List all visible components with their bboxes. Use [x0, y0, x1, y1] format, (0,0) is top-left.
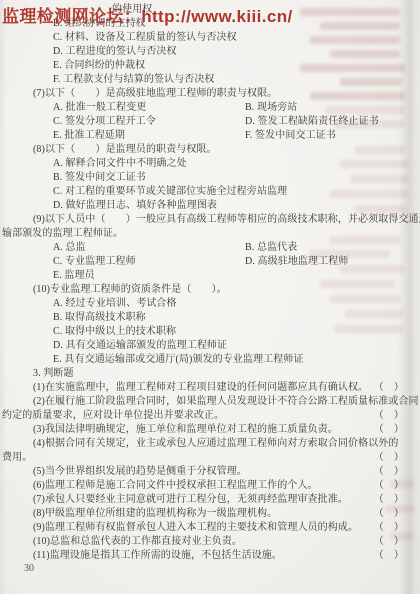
option-line: B. 取得高级技术职称 [0, 311, 420, 325]
question-stem: (9)以下人员中（ ）一般应具有高级工程师等相应的高级技术职称，并必须取得交通运 [0, 213, 420, 227]
watermark-forum-url: 监理检测网论坛：http://www.kiii.cn/ [2, 2, 293, 27]
answer-blank: （ ） [374, 465, 404, 479]
scanned-exam-page: 监理检测网论坛：http://www.kiii.cn/ 的使用权 B. 组织协调… [0, 0, 420, 594]
judgment-item: (1)在实施监理中，监理工程师对工程项目建设的任何问题都应具有确认权。（ ） [0, 381, 420, 395]
question-stem: (10)专业监理工程师的资质条件是（ ）。 [0, 283, 420, 297]
option-line: E. 监理员 [0, 269, 420, 283]
judgment-item-continuation: 约定的质量要求，应对设计单位提出并要求改正。（ ） [0, 409, 420, 423]
option-line-two-col: C. 签发分项工程开工令D. 签发工程缺陷责任终止证书 [0, 115, 420, 129]
judgment-item-continuation: 费用。（ ） [0, 451, 420, 465]
option-line-two-col: C. 专业监理工程师D. 高级驻地监理工程师 [0, 255, 420, 269]
answer-blank: （ ） [374, 479, 404, 493]
option-line: C. 对工程的重要环节或关键部位实施全过程旁站监理 [0, 185, 420, 199]
judgment-item: (11)监理设施是指其工作所需的设施，不包括生活设施。（ ） [0, 549, 420, 563]
answer-blank: （ ） [374, 493, 404, 507]
answer-blank: （ ） [374, 381, 404, 395]
option-line: D. 工程进度的签认与否决权 [0, 45, 420, 59]
question-stem-continuation: 输部颁发的监理工程师证。 [0, 227, 420, 241]
judgment-item: (8)甲级监理单位所组建的监理机构称为一级监理机构。（ ） [0, 507, 420, 521]
option-line: D. 做好监理日志、填好各种监理图表 [0, 199, 420, 213]
answer-blank: （ ） [374, 409, 404, 423]
option-line: D. 具有交通运输部颁发的监理工程师证 [0, 339, 420, 353]
section-title: 3. 判断题 [0, 367, 420, 381]
option-line: A. 解释合同文件中不明确之处 [0, 157, 420, 171]
question-stem: (7)以下（ ）是高级驻地监理工程师的职责与权限。 [0, 87, 420, 101]
option-line: A. 经过专业培训、考试合格 [0, 297, 420, 311]
answer-blank: （ ） [374, 521, 404, 535]
answer-blank: （ ） [374, 507, 404, 521]
document-text: 的使用权 B. 组织协调的主持权 C. 材料、设备及工程质量的签认与否决权 D.… [0, 3, 420, 563]
judgment-item: (5)当今世界组织发展的趋势是侧重于分权管理。（ ） [0, 465, 420, 479]
judgment-item: (4)根据合同有关规定，业主或承包人应通过监理工程师向对方索取合同价格以外的 [0, 437, 420, 451]
option-line: E. 合同纠纷的仲裁权 [0, 59, 420, 73]
option-line-two-col: E. 批准工程延期F. 签发中间交工证书 [0, 129, 420, 143]
option-line: E. 具有交通运输部或交通厅(局)颁发的专业监理工程师证 [0, 353, 420, 367]
answer-blank: （ ） [374, 535, 404, 549]
option-line-two-col: A. 批准一般工程变更B. 现场旁站 [0, 101, 420, 115]
answer-blank: （ ） [374, 549, 404, 563]
option-line: C. 材料、设备及工程质量的签认与否决权 [0, 31, 420, 45]
option-line: C. 取得中级以上的技术职称 [0, 325, 420, 339]
answer-blank: （ ） [374, 451, 404, 465]
judgment-item: (9)监理工程师有权监督承包人进入本工程的主要技术和管理人员的构成。（ ） [0, 521, 420, 535]
page-number: 30 [24, 563, 34, 574]
option-line: B. 签发中间交工证书 [0, 171, 420, 185]
question-stem: (8)以下（ ）是监理员的职责与权限。 [0, 143, 420, 157]
option-line-two-col: A. 总监B. 总监代表 [0, 241, 420, 255]
option-line: F. 工程款支付与结算的签认与否决权 [0, 73, 420, 87]
judgment-item: (10)总监和总监代表的工作都直接对业主负责。（ ） [0, 535, 420, 549]
judgment-item: (3)我国法律明确规定，施工单位和监理单位对工程的施工质量负责。（ ） [0, 423, 420, 437]
judgment-item: (2)在履行施工阶段监理合同时，如果监理人员发现设计不符合公路工程质量标准或合同 [0, 395, 420, 409]
answer-blank: （ ） [374, 423, 404, 437]
judgment-item: (6)监理工程师是施工合同文件中授权承担工程监理工作的个人。（ ） [0, 479, 420, 493]
judgment-item: (7)承包人只要经业主同意就可进行工程分包，无须再经监理审查批准。（ ） [0, 493, 420, 507]
